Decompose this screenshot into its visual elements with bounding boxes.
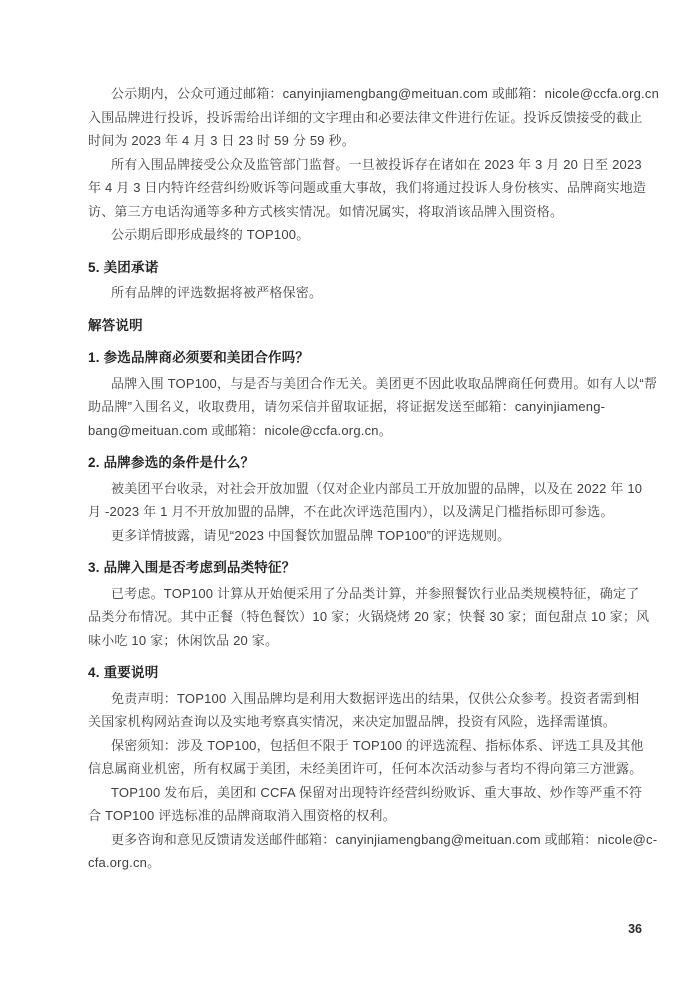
text-line: 公示期后即形成最终的 TOP100。: [88, 223, 608, 247]
paragraph: 已考虑。TOP100 计算从开始便采用了分品类计算，并参照餐饮行业品类规模特征，…: [88, 582, 608, 653]
text-line: 信息属商业机密，所有权属于美团，未经美团许可，任何本次活动参与者均不得向第三方泄…: [88, 757, 608, 781]
text-line: TOP100 发布后，美团和 CCFA 保留对出现特许经营纠纷败诉、重大事故、炒…: [88, 781, 608, 805]
page-body: 公示期内，公众可通过邮箱：canyinjiamengbang@meituan.c…: [88, 82, 608, 875]
section-heading: 1. 参选品牌商必须要和美团合作吗？: [88, 346, 608, 370]
text-line: 公示期内，公众可通过邮箱：canyinjiamengbang@meituan.c…: [88, 82, 608, 106]
text-line: 所有入围品牌接受公众及监管部门监督。一旦被投诉存在诸如在 2023 年 3 月 …: [88, 153, 608, 177]
paragraph: 保密须知：涉及 TOP100，包括但不限于 TOP100 的评选流程、指标体系、…: [88, 734, 608, 781]
document-page: 公示期内，公众可通过邮箱：canyinjiamengbang@meituan.c…: [0, 0, 698, 982]
text-line: 已考虑。TOP100 计算从开始便采用了分品类计算，并参照餐饮行业品类规模特征，…: [88, 582, 608, 606]
paragraph: 免责声明：TOP100 入围品牌均是利用大数据评选出的结果，仅供公众参考。投资者…: [88, 687, 608, 734]
text-line: 更多咨询和意见反馈请发送邮件邮箱：canyinjiamengbang@meitu…: [88, 828, 608, 852]
text-line: 品牌入围 TOP100，与是否与美团合作无关。美团更不因此收取品牌商任何费用。如…: [88, 372, 608, 396]
text-line: 品类分布情况。其中正餐（特色餐饮）10 家；火锅烧烤 20 家；快餐 30 家；…: [88, 605, 608, 629]
paragraph: 所有品牌的评选数据将被严格保密。: [88, 281, 608, 305]
text-line: 免责声明：TOP100 入围品牌均是利用大数据评选出的结果，仅供公众参考。投资者…: [88, 687, 608, 711]
section-heading: 2. 品牌参选的条件是什么？: [88, 451, 608, 475]
page-number: 36: [628, 920, 642, 938]
text-line: 入围品牌进行投诉，投诉需给出详细的文字理由和必要法律文件进行佐证。投诉反馈接受的…: [88, 106, 608, 130]
paragraph: 更多咨询和意见反馈请发送邮件邮箱：canyinjiamengbang@meitu…: [88, 828, 608, 875]
text-line: 访、第三方电话沟通等多种方式核实情况。如情况属实，将取消该品牌入围资格。: [88, 200, 608, 224]
paragraph: 被美团平台收录，对社会开放加盟（仅对企业内部员工开放加盟的品牌，以及在 2022…: [88, 477, 608, 524]
section-heading: 解答说明: [88, 314, 608, 338]
text-line: 味小吃 10 家；休闲饮品 20 家。: [88, 629, 608, 653]
section-heading: 5. 美团承诺: [88, 256, 608, 280]
text-line: 合 TOP100 评选标准的品牌商取消入围资格的权利。: [88, 804, 608, 828]
paragraph: 更多详情披露，请见“2023 中国餐饮加盟品牌 TOP100”的评选规则。: [88, 524, 608, 548]
text-line: 更多详情披露，请见“2023 中国餐饮加盟品牌 TOP100”的评选规则。: [88, 524, 608, 548]
text-line: 所有品牌的评选数据将被严格保密。: [88, 281, 608, 305]
section-heading: 4. 重要说明: [88, 661, 608, 685]
text-line: 年 4 月 3 日内特许经营纠纷败诉等问题或重大事故，我们将通过投诉人身份核实、…: [88, 176, 608, 200]
paragraph: 公示期内，公众可通过邮箱：canyinjiamengbang@meituan.c…: [88, 82, 608, 153]
text-line: 保密须知：涉及 TOP100，包括但不限于 TOP100 的评选流程、指标体系、…: [88, 734, 608, 758]
text-line: 被美团平台收录，对社会开放加盟（仅对企业内部员工开放加盟的品牌，以及在 2022…: [88, 477, 608, 501]
text-line: 关国家机构网站查询以及实地考察真实情况，来决定加盟品牌，投资有风险，选择需谨慎。: [88, 710, 608, 734]
text-line: 月 -2023 年 1 月不开放加盟的品牌，不在此次评选范围内），以及满足门槛指…: [88, 500, 608, 524]
paragraph: 品牌入围 TOP100，与是否与美团合作无关。美团更不因此收取品牌商任何费用。如…: [88, 372, 608, 443]
paragraph: 所有入围品牌接受公众及监管部门监督。一旦被投诉存在诸如在 2023 年 3 月 …: [88, 153, 608, 224]
text-line: 时间为 2023 年 4 月 3 日 23 时 59 分 59 秒。: [88, 129, 608, 153]
text-line: cfa.org.cn。: [88, 851, 608, 875]
text-line: 助品牌”入围名义，收取费用，请勿采信并留取证据，将证据发送至邮箱：canyinj…: [88, 395, 608, 419]
paragraph: 公示期后即形成最终的 TOP100。: [88, 223, 608, 247]
section-heading: 3. 品牌入围是否考虑到品类特征？: [88, 556, 608, 580]
text-line: bang@meituan.com 或邮箱：nicole@ccfa.org.cn。: [88, 419, 608, 443]
paragraph: TOP100 发布后，美团和 CCFA 保留对出现特许经营纠纷败诉、重大事故、炒…: [88, 781, 608, 828]
